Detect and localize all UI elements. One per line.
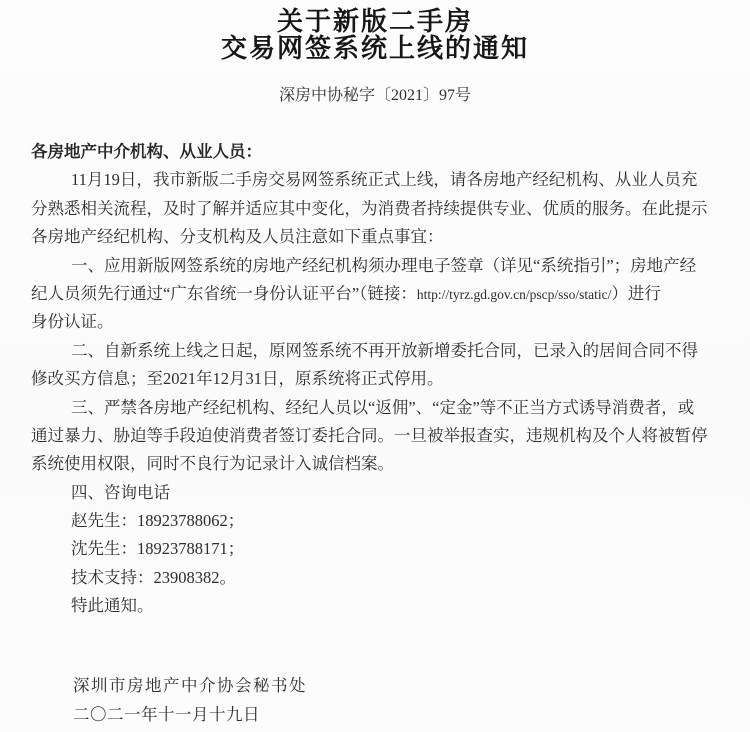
- paragraph-line: 修改买方信息；至2021年12月31日，原系统将正式停用。: [31, 365, 731, 393]
- paragraph-line: 通过暴力、胁迫等手段迫使消费者签订委托合同。一旦被举报查实，违规机构及个人将被暂…: [31, 422, 731, 450]
- contact-phone-line: 赵先生：18923788062；: [31, 507, 731, 535]
- paragraph-line-item-1: 一、应用新版网签系统的房地产经纪机构须办理电子签章（详见“系统指引”；房地产经: [31, 252, 731, 280]
- paragraph-line-item-3: 三、严禁各房地产经纪机构、经纪人员以“返佣”、“定金”等不正当方式诱导消费者，或: [31, 394, 731, 422]
- doc-number: 深房中协秘字〔2021〕97号: [0, 86, 750, 106]
- notice-title: 关于新版二手房 交易网签系统上线的通知: [0, 8, 750, 62]
- salutation: 各房地产中介机构、从业人员：: [31, 138, 731, 166]
- notice-title-line-1: 关于新版二手房: [0, 8, 750, 35]
- paragraph-line-item-2: 二、自新系统上线之日起，原网签系统不再开放新增委托合同，已录入的居间合同不得: [31, 337, 731, 365]
- url-line-prefix: 纪人员须先行通过“广东省统一身份认证平台”（链接：: [31, 284, 417, 303]
- url-text: http://tyrz.gd.gov.cn/pscp/sso/static/: [417, 287, 611, 302]
- url-line-suffix: ）进行: [611, 284, 661, 303]
- paragraph-line-with-url: 纪人员须先行通过“广东省统一身份认证平台”（链接：http://tyrz.gd.…: [31, 280, 731, 308]
- signature-block: 深圳市房地产中介协会秘书处 二〇二一年十一月十九日: [73, 672, 307, 729]
- paragraph-line: 分熟悉相关流程，及时了解并适应其中变化，为消费者持续提供专业、优质的服务。在此提…: [31, 195, 731, 223]
- notice-body: 各房地产中介机构、从业人员： 11月19日，我市新版二手房交易网签系统正式上线，…: [31, 138, 731, 621]
- paragraph-line: 11月19日，我市新版二手房交易网签系统正式上线，请各房地产经纪机构、从业人员充: [31, 166, 731, 194]
- paragraph-line: 系统使用权限，同时不良行为记录计入诚信档案。: [31, 450, 731, 478]
- paragraph-line: 身份认证。: [31, 308, 731, 336]
- closing-line: 特此通知。: [31, 592, 731, 620]
- signature-org: 深圳市房地产中介协会秘书处: [73, 672, 307, 701]
- signature-date: 二〇二一年十一月十九日: [73, 701, 307, 730]
- contact-phone-line: 沈先生：18923788171；: [31, 535, 731, 563]
- notice-title-line-2: 交易网签系统上线的通知: [0, 35, 750, 62]
- paragraph-line: 各房地产经纪机构、分支机构及人员注意如下重点事宜：: [31, 223, 731, 251]
- paragraph-line-item-4: 四、咨询电话: [31, 479, 731, 507]
- contact-phone-line: 技术支持：23908382。: [31, 564, 731, 592]
- notice-document: 关于新版二手房 交易网签系统上线的通知 深房中协秘字〔2021〕97号 各房地产…: [0, 0, 750, 732]
